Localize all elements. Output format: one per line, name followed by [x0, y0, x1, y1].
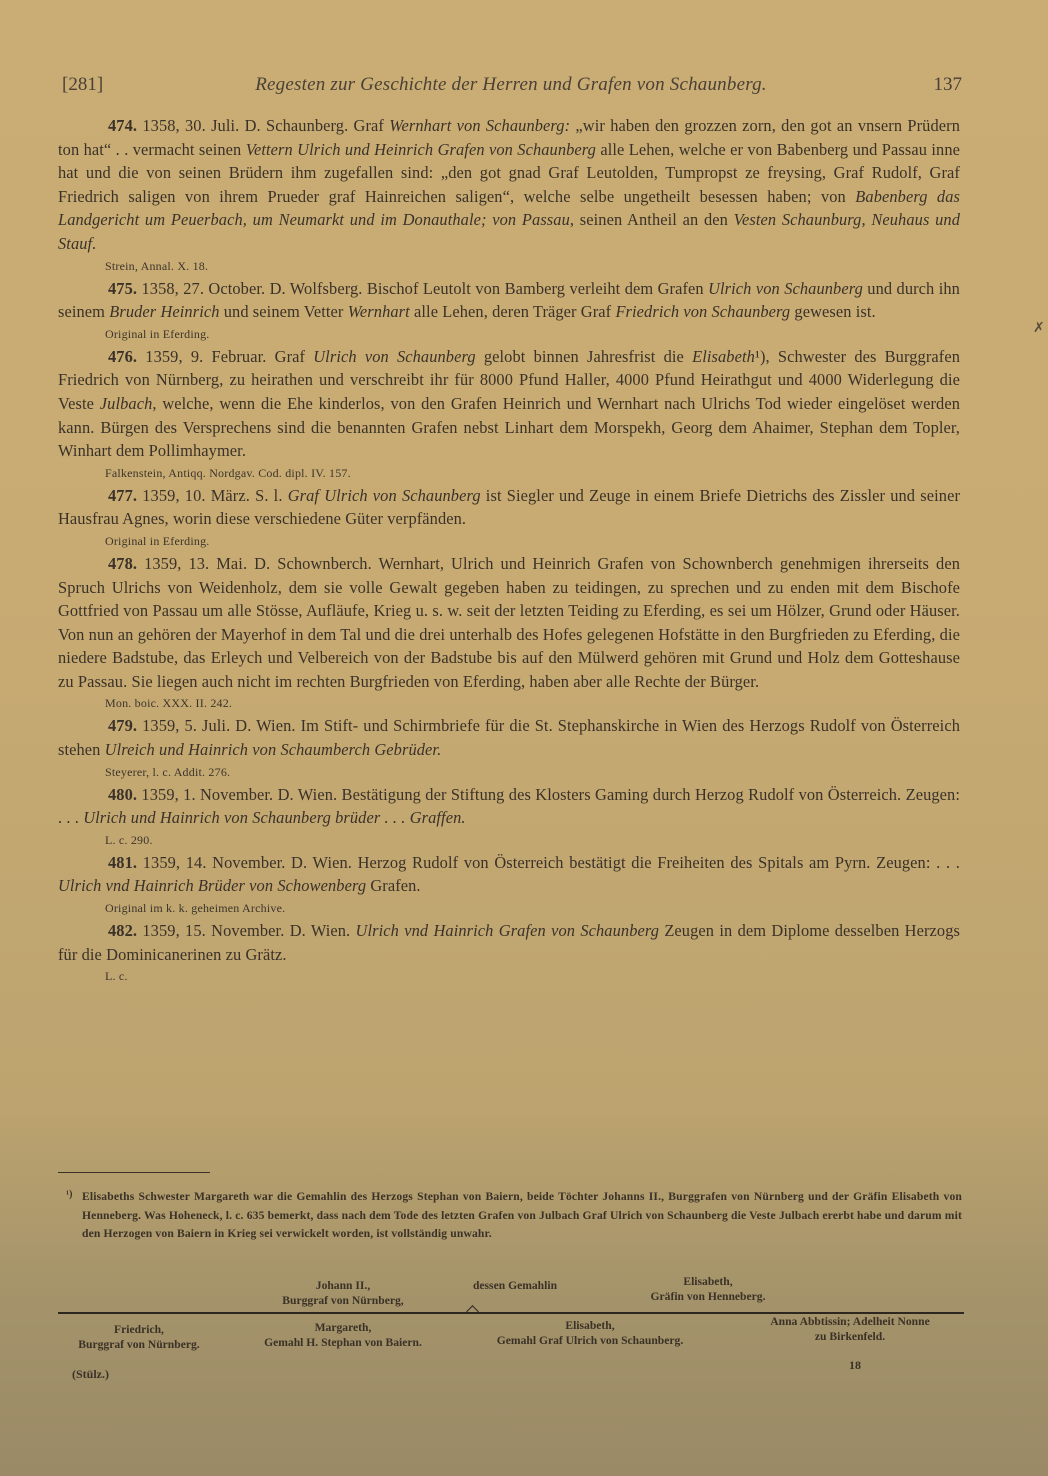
source-citation: Original in Eferding.	[105, 532, 960, 550]
italic-name: Ulrich und Hainrich von Schaunberg brüde…	[83, 808, 465, 827]
genealogy-title: Gemahl H. Stephan von Baiern.	[233, 1335, 453, 1350]
entry-text: 476. 1359, 9. Februar. Graf Ulrich von S…	[58, 345, 960, 463]
entry-text: 475. 1358, 27. October. D. Wolfsberg. Bi…	[58, 277, 960, 324]
regest-entry: 479. 1359, 5. Juli. D. Wien. Im Stift- u…	[58, 714, 960, 780]
entry-segment: 1359, 13. Mai. D. Schownberch. Wernhart,…	[58, 554, 960, 691]
source-citation: L. c.	[105, 967, 960, 985]
italic-name: Ulreich und Hainrich von Schaumberch Geb…	[105, 740, 442, 759]
genealogy-name: Elisabeth,	[460, 1318, 720, 1333]
sheet-number: 18	[849, 1358, 861, 1373]
italic-name: Elisabeth	[692, 347, 755, 366]
genealogy-child-elisabeth: Elisabeth, Gemahl Graf Ulrich von Schaun…	[460, 1318, 720, 1348]
entry-number: 479.	[108, 716, 137, 735]
italic-name: Graf Ulrich von Schaunberg	[288, 486, 481, 505]
entry-text: 477. 1359, 10. März. S. l. Graf Ulrich v…	[58, 484, 960, 531]
entry-segment: 1358, 27. October. D. Wolfsberg. Bischof…	[137, 279, 708, 298]
entry-segment: gelobt binnen Jahresfrist die	[476, 347, 692, 366]
entry-number: 482.	[108, 921, 137, 940]
footnote-divider	[58, 1172, 210, 1173]
entry-segment: , seinen Antheil an den	[570, 210, 734, 229]
source-citation: Falkenstein, Antiqq. Nordgav. Cod. dipl.…	[105, 464, 960, 482]
genealogy-branch-mark	[466, 1305, 479, 1318]
italic-name: Wernhart	[348, 302, 410, 321]
source-citation: Original im k. k. geheimen Archive.	[105, 899, 960, 917]
genealogy-title: Gemahl Graf Ulrich von Schaunberg.	[460, 1333, 720, 1348]
footnote: ¹) Elisabeths Schwester Margareth war di…	[66, 1188, 962, 1244]
genealogy-name: Friedrich,	[44, 1322, 234, 1337]
entry-segment: Grafen.	[366, 876, 421, 895]
entry-segment: 1358, 30. Juli. D. Schaunberg. Graf	[137, 116, 389, 135]
regest-entry: 477. 1359, 10. März. S. l. Graf Ulrich v…	[58, 484, 960, 550]
italic-name: Ulrich von Schaunberg	[313, 347, 475, 366]
footnote-mark: ¹)	[66, 1186, 73, 1205]
regest-entry: 482. 1359, 15. November. D. Wien. Ulrich…	[58, 919, 960, 985]
entry-text: 482. 1359, 15. November. D. Wien. Ulrich…	[58, 919, 960, 966]
entry-number: 478.	[108, 554, 137, 573]
regest-entry: 480. 1359, 1. November. D. Wien. Bestäti…	[58, 783, 960, 849]
italic-name: Julbach	[100, 394, 153, 413]
genealogy-child-friedrich: Friedrich, Burggraf von Nürnberg.	[44, 1322, 234, 1352]
page-number: 137	[934, 74, 963, 96]
genealogy-name: Elisabeth,	[618, 1274, 798, 1289]
italic-name: Vettern Ulrich und Heinrich Grafen von S…	[246, 140, 596, 159]
regest-entry: 481. 1359, 14. November. D. Wien. Herzog…	[58, 851, 960, 917]
entry-number: 476.	[108, 347, 137, 366]
entry-number: 481.	[108, 853, 137, 872]
regesta-entries: 474. 1358, 30. Juli. D. Schaunberg. Graf…	[58, 114, 960, 987]
italic-name: Bruder Heinrich	[109, 302, 219, 321]
italic-name: Friedrich von Schaunberg	[615, 302, 790, 321]
genealogy-parent-elisabeth: Elisabeth, Gräfin von Henneberg.	[618, 1274, 798, 1304]
genealogy-child-anna-adelheit: Anna Abbtissin; Adelheit Nonne zu Birken…	[734, 1314, 966, 1344]
regest-entry: 478. 1359, 13. Mai. D. Schownberch. Wern…	[58, 552, 960, 713]
source-citation: Original in Eferding.	[105, 325, 960, 343]
source-citation: Mon. boic. XXX. II. 242.	[105, 694, 960, 712]
entry-text: 479. 1359, 5. Juli. D. Wien. Im Stift- u…	[58, 714, 960, 761]
entry-text: 474. 1358, 30. Juli. D. Schaunberg. Graf…	[58, 114, 960, 256]
entry-number: 477.	[108, 486, 137, 505]
genealogy-child-margareth: Margareth, Gemahl H. Stephan von Baiern.	[233, 1320, 453, 1350]
entry-number: 475.	[108, 279, 137, 298]
genealogy-name: Margareth,	[233, 1320, 453, 1335]
entry-text: 478. 1359, 13. Mai. D. Schownberch. Wern…	[58, 552, 960, 694]
margin-mark: ✗	[1033, 320, 1045, 337]
source-citation: L. c. 290.	[105, 831, 960, 849]
source-citation: Strein, Annal. X. 18.	[105, 257, 960, 275]
entry-segment: 1359, 15. November. D. Wien.	[137, 921, 355, 940]
genealogy-table: Johann II., Burggraf von Nürnberg, desse…	[58, 1272, 966, 1362]
entry-segment: 1359, 10. März. S. l.	[137, 486, 288, 505]
entry-segment: 1359, 14. November. D. Wien. Herzog Rudo…	[137, 853, 960, 872]
italic-name: Ulrich vnd Hainrich Grafen von Schaunber…	[356, 921, 659, 940]
genealogy-title: Burggraf von Nürnberg.	[44, 1337, 234, 1352]
entry-segment: alle Lehen, deren Träger Graf	[410, 302, 616, 321]
entry-number: 474.	[108, 116, 137, 135]
entry-segment: , welche, wenn die Ehe kinderlos, von de…	[58, 394, 960, 460]
entry-number: 480.	[108, 785, 137, 804]
genealogy-title: zu Birkenfeld.	[734, 1329, 966, 1344]
footnote-text: Elisabeths Schwester Margareth war die G…	[66, 1188, 962, 1244]
author-signature: (Stülz.)	[72, 1367, 109, 1382]
regest-entry: 474. 1358, 30. Juli. D. Schaunberg. Graf…	[58, 114, 960, 275]
running-head: [281] Regesten zur Geschichte der Herren…	[58, 74, 964, 100]
italic-name: Ulrich vnd Hainrich Brüder von Schowenbe…	[58, 876, 366, 895]
italic-name: Wernhart von Schaunberg:	[389, 116, 570, 135]
genealogy-title: Gräfin von Henneberg.	[618, 1289, 798, 1304]
entry-segment: gewesen ist.	[790, 302, 876, 321]
entry-text: 481. 1359, 14. November. D. Wien. Herzog…	[58, 851, 960, 898]
genealogy-spouse-label: dessen Gemahlin	[450, 1278, 580, 1293]
entry-segment: 1359, 9. Februar. Graf	[137, 347, 313, 366]
regest-entry: 475. 1358, 27. October. D. Wolfsberg. Bi…	[58, 277, 960, 343]
entry-segment: und seinem Vetter	[220, 302, 348, 321]
italic-name: Ulrich von Schaunberg	[708, 279, 863, 298]
genealogy-parent-johann: Johann II., Burggraf von Nürnberg,	[228, 1278, 458, 1308]
genealogy-name: dessen Gemahlin	[450, 1278, 580, 1293]
regest-entry: 476. 1359, 9. Februar. Graf Ulrich von S…	[58, 345, 960, 482]
page-title: Regesten zur Geschichte der Herren und G…	[58, 74, 964, 96]
source-citation: Steyerer, l. c. Addit. 276.	[105, 763, 960, 781]
genealogy-name: Johann II.,	[228, 1278, 458, 1293]
entry-text: 480. 1359, 1. November. D. Wien. Bestäti…	[58, 783, 960, 830]
genealogy-title: Burggraf von Nürnberg,	[228, 1293, 458, 1308]
genealogy-name: Anna Abbtissin; Adelheit Nonne	[734, 1314, 966, 1329]
